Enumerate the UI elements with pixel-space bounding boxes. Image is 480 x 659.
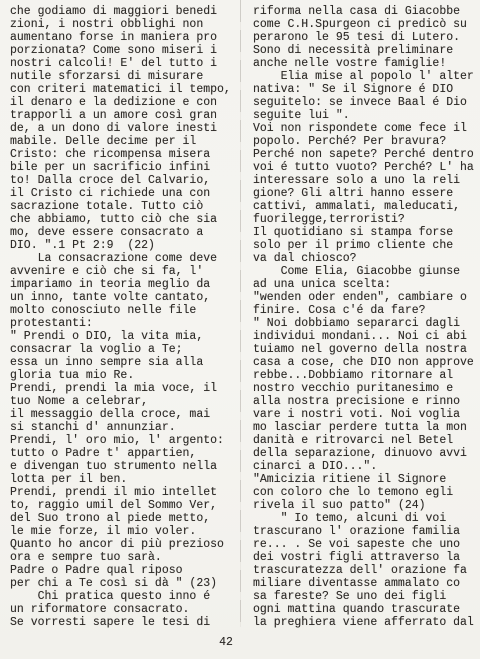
left-column-text: che godiamo di maggiori benedi zioni, i …	[10, 5, 238, 629]
document-page: che godiamo di maggiori benedi zioni, i …	[0, 0, 480, 659]
right-column-text: riforma nella casa di Giacobbe come C.H.…	[253, 5, 479, 629]
column-divider	[240, 0, 241, 627]
page-number: 42	[0, 636, 452, 649]
